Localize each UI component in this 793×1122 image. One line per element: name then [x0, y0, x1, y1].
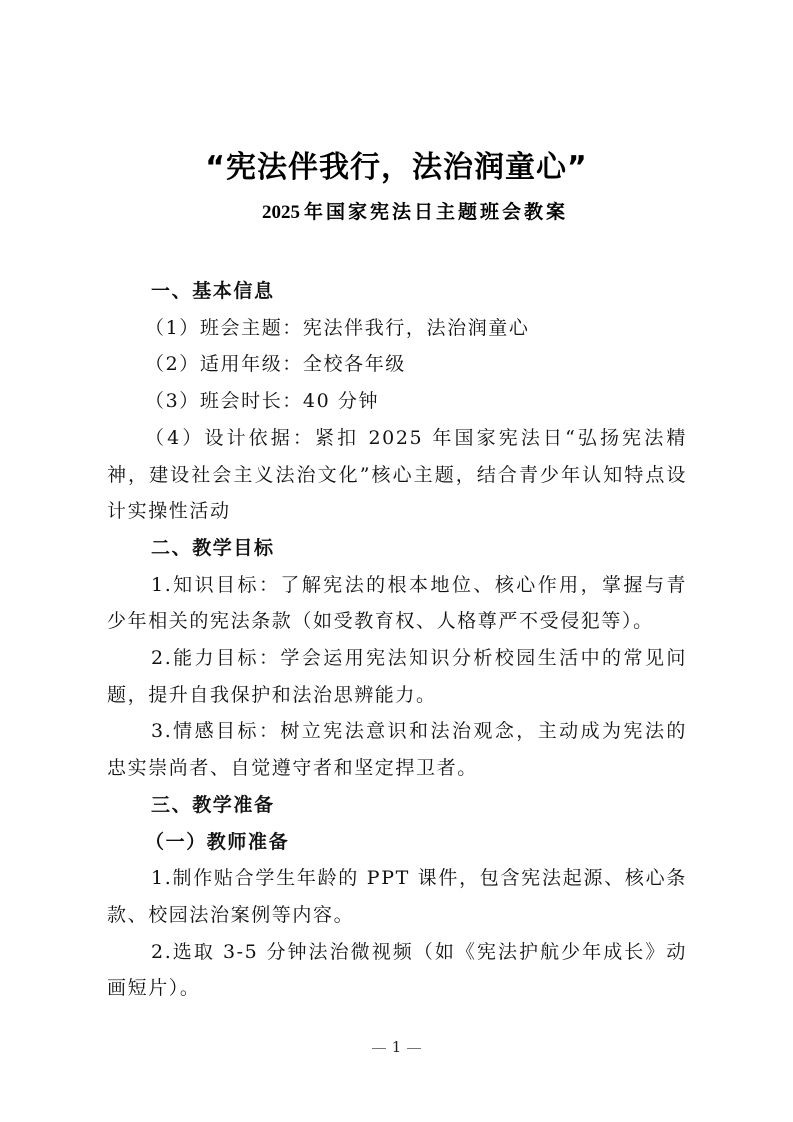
document-body: 一、基本信息 （1）班会主题：宪法伴我行，法治润童心 （2）适用年级：全校各年级…: [107, 273, 687, 1007]
basic-info-item: （4）设计依据：紧扣 2025 年国家宪法日“弘扬宪法精神，建设社会主义法治文化…: [107, 420, 687, 530]
footer-dash-left: [372, 1048, 386, 1049]
footer-dash-right: [407, 1048, 421, 1049]
document-page: “宪法伴我行，法治润童心” 2025年国家宪法日主题班会教案 一、基本信息 （1…: [0, 0, 793, 1122]
preparation-item: 2.选取 3-5 分钟法治微视频（如《宪法护航少年成长》动画短片）。: [107, 934, 687, 1007]
preparation-item: 1.制作贴合学生年龄的 PPT 课件，包含宪法起源、核心条款、校园法治案例等内容…: [107, 860, 687, 933]
basic-info-item: （2）适用年级：全校各年级: [107, 346, 687, 383]
section-heading-basic-info: 一、基本信息: [107, 273, 687, 310]
subtitle-text: 年国家宪法日主题班会教案: [304, 201, 568, 223]
section-heading-objectives: 二、教学目标: [107, 530, 687, 567]
basic-info-item: （1）班会主题：宪法伴我行，法治润童心: [107, 310, 687, 347]
subtitle-year: 2025: [262, 202, 300, 223]
section-heading-preparation: 三、教学准备: [107, 787, 687, 824]
objective-item: 2.能力目标：学会运用宪法知识分析校园生活中的常见问题，提升自我保护和法治思辨能…: [107, 640, 687, 713]
document-title: “宪法伴我行，法治润童心”: [0, 148, 793, 188]
subsection-heading-teacher-prep: （一）教师准备: [107, 824, 687, 861]
document-subtitle: 2025年国家宪法日主题班会教案: [262, 198, 568, 227]
objective-item: 1.知识目标：了解宪法的根本地位、核心作用，掌握与青少年相关的宪法条款（如受教育…: [107, 567, 687, 640]
page-number: 1: [392, 1038, 402, 1056]
basic-info-item: （3）班会时长：40 分钟: [107, 383, 687, 420]
objective-item: 3.情感目标：树立宪法意识和法治观念，主动成为宪法的忠实崇尚者、自觉遵守者和坚定…: [107, 713, 687, 786]
page-footer: 1: [0, 1037, 793, 1057]
